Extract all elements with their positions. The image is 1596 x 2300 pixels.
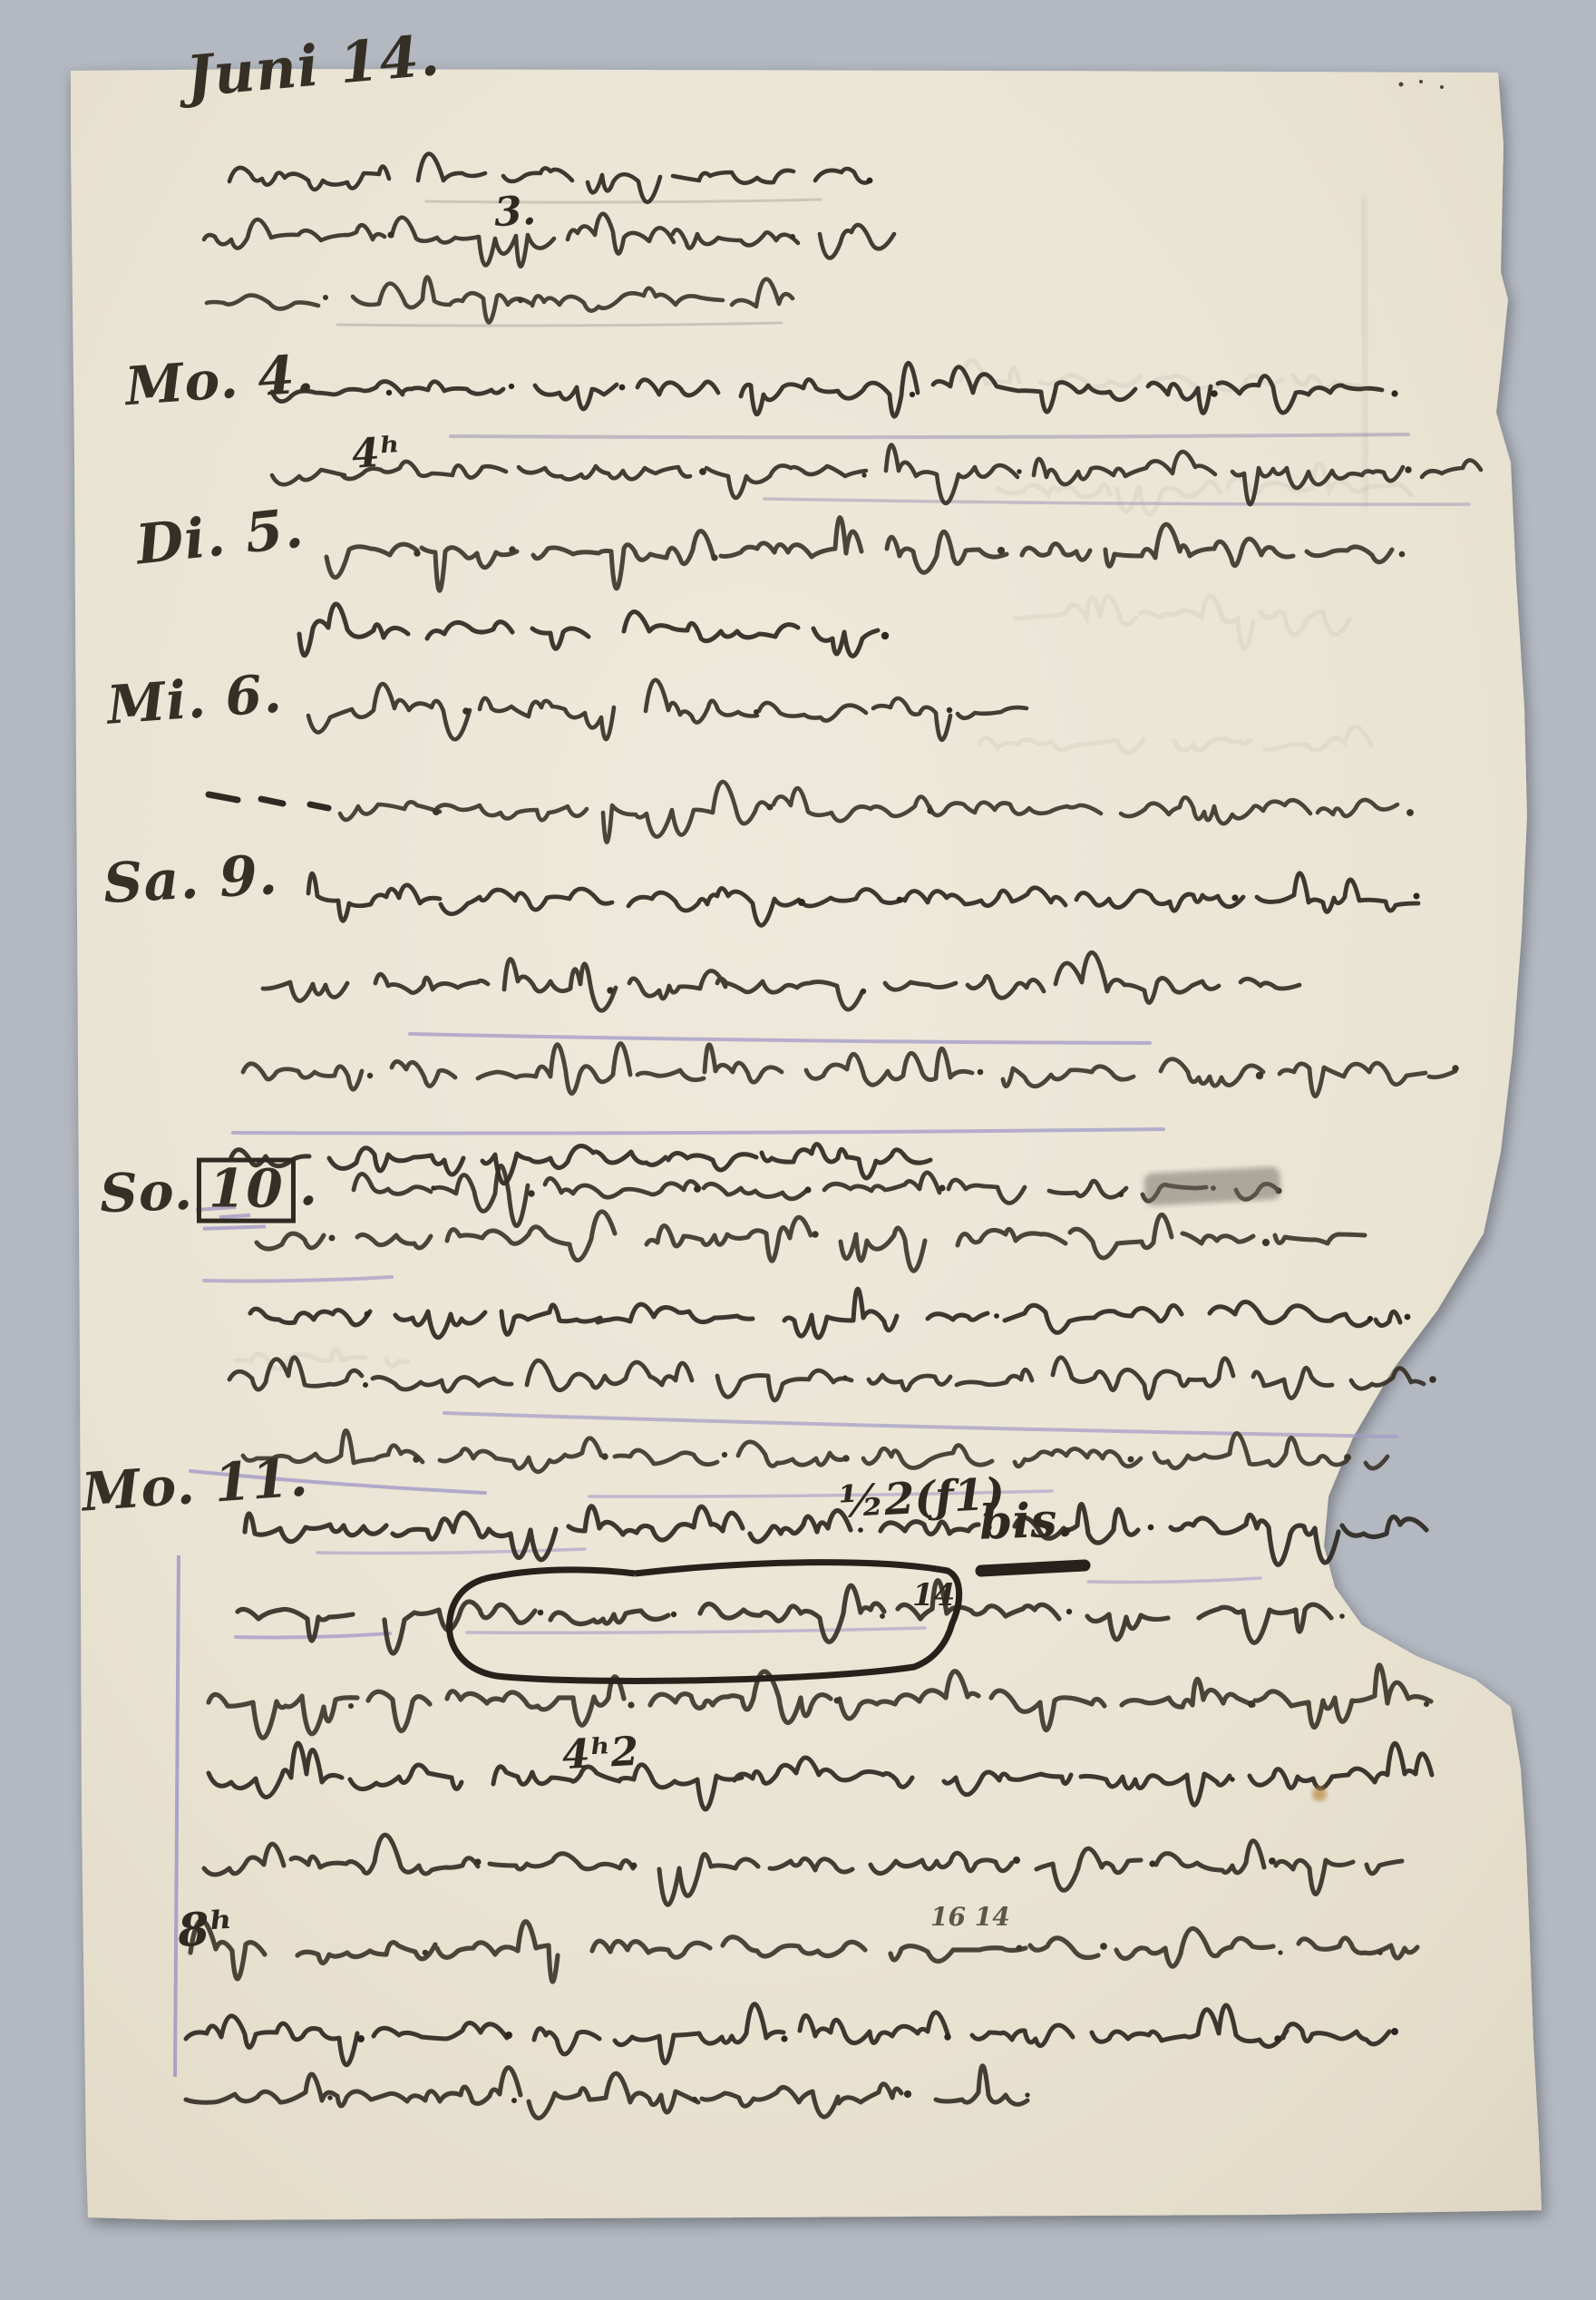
ink-dot — [1013, 1857, 1020, 1864]
ink-dot — [897, 897, 903, 903]
ink-dot — [1149, 1860, 1155, 1866]
ink-dot — [671, 1612, 676, 1617]
ink-dot — [367, 1073, 373, 1078]
ink-dot — [880, 1613, 885, 1619]
ink-dot — [947, 707, 952, 713]
ink-dot — [363, 1382, 368, 1388]
ink-dot — [939, 1184, 945, 1191]
ink-dot — [910, 392, 915, 397]
ink-dot — [1278, 1950, 1282, 1954]
ink-dot — [997, 547, 1005, 554]
ink-dot — [781, 2035, 787, 2042]
ink-dot — [904, 2090, 911, 2098]
ink-dot — [607, 987, 613, 993]
ink-dot — [357, 2035, 365, 2042]
ink-dot — [1128, 1457, 1134, 1463]
ink-dot — [1100, 1943, 1107, 1950]
ink-dot — [1274, 2035, 1280, 2042]
ink-dot — [985, 1524, 991, 1530]
ink-dot — [528, 1190, 534, 1196]
ink-dot — [327, 2095, 332, 2100]
ink-dot — [861, 473, 866, 477]
ink-dot — [790, 234, 795, 239]
ink-dot — [861, 989, 866, 994]
ink-dot — [1367, 1316, 1373, 1321]
ink-dot — [944, 2033, 950, 2040]
ink-dot — [1399, 551, 1406, 558]
ink-dot — [413, 1456, 419, 1462]
ink-dot — [538, 1610, 544, 1616]
ink-dot — [1269, 1857, 1276, 1865]
ink-dot — [509, 546, 515, 552]
manuscript-scan — [0, 0, 1596, 2300]
ink-dot — [1405, 1314, 1411, 1321]
ink-dot — [631, 1863, 637, 1869]
ink-dot — [1148, 1525, 1154, 1531]
ink-dot — [1025, 2092, 1029, 2097]
ink-dot — [431, 1185, 435, 1190]
ink-dot — [1230, 1777, 1234, 1781]
ink-dot — [1391, 390, 1397, 396]
ink-dot — [834, 1698, 841, 1704]
ink-dot — [1211, 390, 1218, 397]
ink-dot — [867, 178, 873, 184]
ink-dot — [323, 295, 328, 300]
ink-dot — [423, 1950, 429, 1956]
ink-dot — [694, 1185, 701, 1193]
ink-dot — [754, 709, 759, 715]
ink-dot — [628, 1701, 634, 1708]
ink-dot — [1391, 2028, 1398, 2035]
ink-dot — [1066, 1609, 1072, 1614]
ink-dot — [1118, 1192, 1124, 1197]
ink-dot — [1429, 1376, 1436, 1383]
ink-dot — [1406, 809, 1414, 816]
ink-dot — [1424, 1701, 1429, 1707]
ink-dot — [1452, 1065, 1458, 1071]
ink-dot — [1231, 894, 1238, 901]
ink-dot — [505, 2032, 512, 2039]
ink-dot — [619, 385, 626, 391]
ink-dot — [699, 468, 706, 475]
ink-dot — [329, 1235, 336, 1242]
ink-dot — [1339, 1613, 1345, 1619]
ink-dot — [1414, 893, 1420, 900]
ink-dot — [601, 1453, 608, 1459]
ink-dot — [1377, 1950, 1383, 1955]
bis-ink-underline — [981, 1565, 1085, 1571]
ink-dot — [722, 1452, 727, 1457]
ink-dot — [1344, 1454, 1351, 1461]
ink-dot — [842, 1455, 850, 1462]
ink-dot — [767, 804, 774, 811]
ink-dot — [881, 632, 889, 639]
ink-dot — [812, 1231, 818, 1237]
ink-dot — [365, 1311, 371, 1318]
ink-dot — [348, 1703, 354, 1709]
ink-dot — [474, 1858, 481, 1865]
ink-dot — [1248, 1701, 1255, 1708]
ink-dot — [387, 231, 394, 238]
ink-dot — [1017, 1945, 1023, 1952]
scan-stage: Juni 14. Mo. 4. Di. 5. Mi. 6. Sa. 9. So.… — [0, 0, 1596, 2300]
ink-dot — [798, 899, 805, 906]
ink-dot — [386, 390, 392, 395]
ink-dot — [978, 1069, 984, 1076]
ink-dot — [518, 297, 523, 303]
ink-dot — [692, 2097, 697, 2102]
ink-dot — [433, 808, 440, 815]
ink-dot — [462, 707, 470, 715]
ink-dot — [511, 2098, 517, 2103]
ink-dot — [842, 1375, 847, 1379]
ink-dot — [994, 1313, 999, 1319]
ink-dot — [927, 807, 933, 814]
ink-dot — [1256, 1072, 1263, 1079]
ink-dot — [1262, 1239, 1270, 1246]
ink-dot — [858, 1527, 863, 1533]
ink-dot — [509, 384, 514, 389]
paper-sheet — [71, 69, 1542, 2220]
ink-dot — [1405, 466, 1411, 473]
ink-dot — [414, 550, 420, 556]
ink-dot — [804, 1186, 811, 1193]
ink-dot — [1017, 469, 1021, 473]
ink-dot — [711, 554, 717, 560]
